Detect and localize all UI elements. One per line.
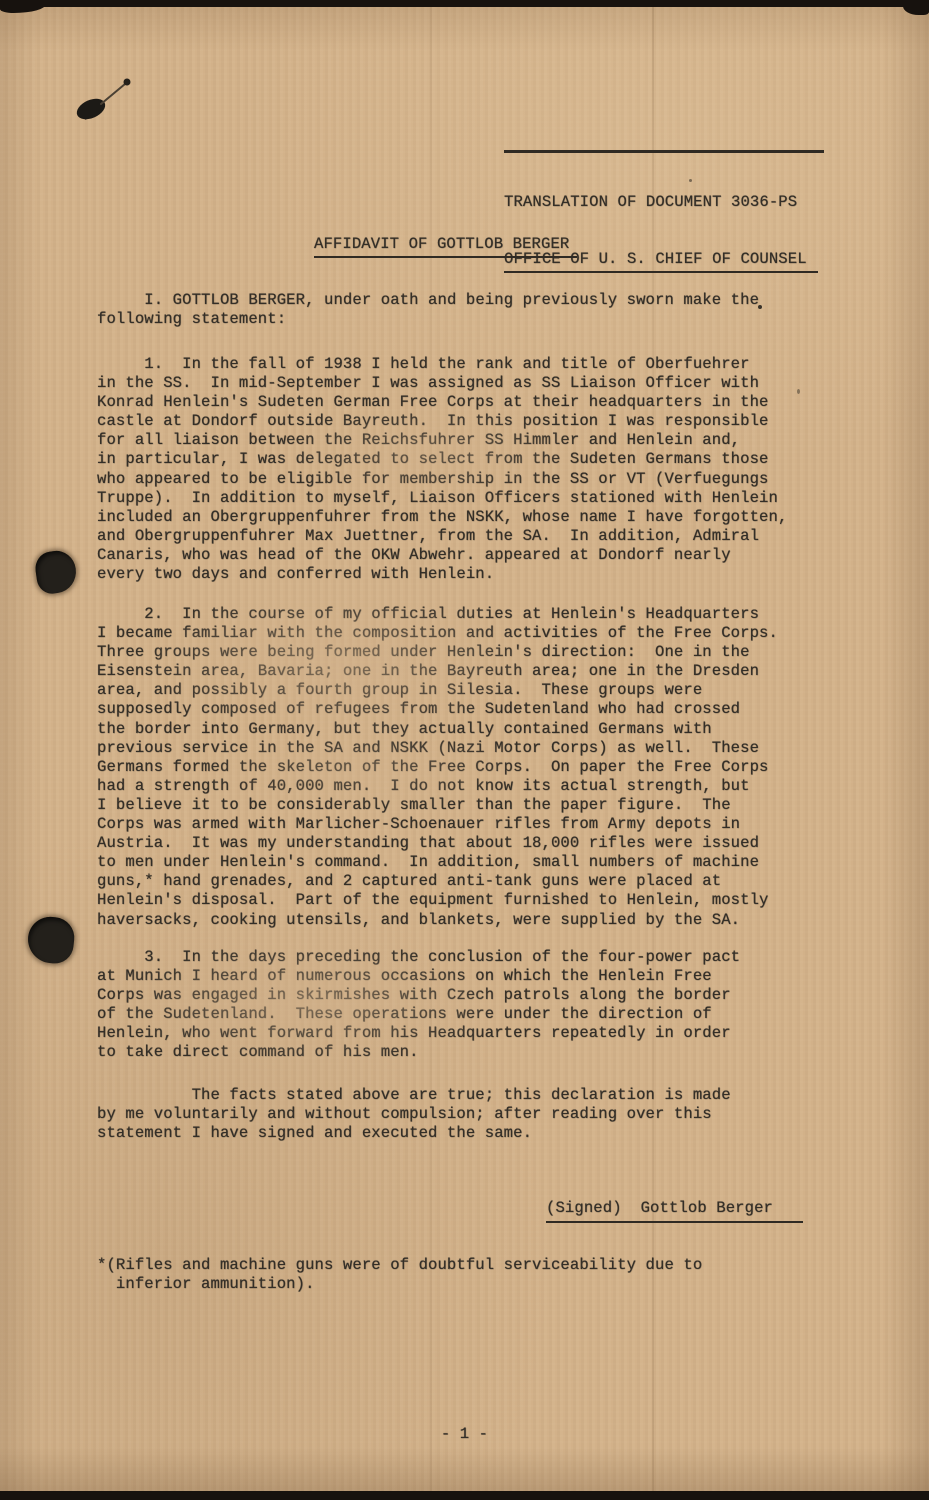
paper-speck: [689, 179, 692, 182]
signature-line: (Signed) Gottlob Berger: [546, 1199, 803, 1223]
pen-flick-ink-mark: [55, 62, 165, 147]
paper-speck: [758, 305, 762, 309]
document-photo: TRANSLATION OF DOCUMENT 3036-PS OFFICE O…: [0, 0, 929, 1500]
paper-speck: [797, 389, 800, 394]
paragraph-2: 2. In the course of my official duties a…: [97, 605, 877, 930]
paragraph-1: 1. In the fall of 1938 I held the rank a…: [97, 355, 877, 584]
hole-punch: [26, 915, 77, 966]
footnote: *(Rifles and machine guns were of doubtf…: [97, 1256, 877, 1294]
header-translation-line: TRANSLATION OF DOCUMENT 3036-PS: [504, 193, 818, 212]
page-title: AFFIDAVIT OF GOTTLOB BERGER: [314, 235, 577, 258]
closing-paragraph: The facts stated above are true; this de…: [97, 1086, 877, 1143]
page-number: - 1 -: [0, 1425, 929, 1444]
hole-punch: [33, 548, 78, 595]
paper-page: TRANSLATION OF DOCUMENT 3036-PS OFFICE O…: [0, 7, 929, 1491]
intro-paragraph: I. GOTTLOB BERGER, under oath and being …: [97, 291, 877, 329]
document-header: TRANSLATION OF DOCUMENT 3036-PS OFFICE O…: [504, 150, 824, 311]
paragraph-3: 3. In the days preceding the conclusion …: [97, 948, 877, 1063]
